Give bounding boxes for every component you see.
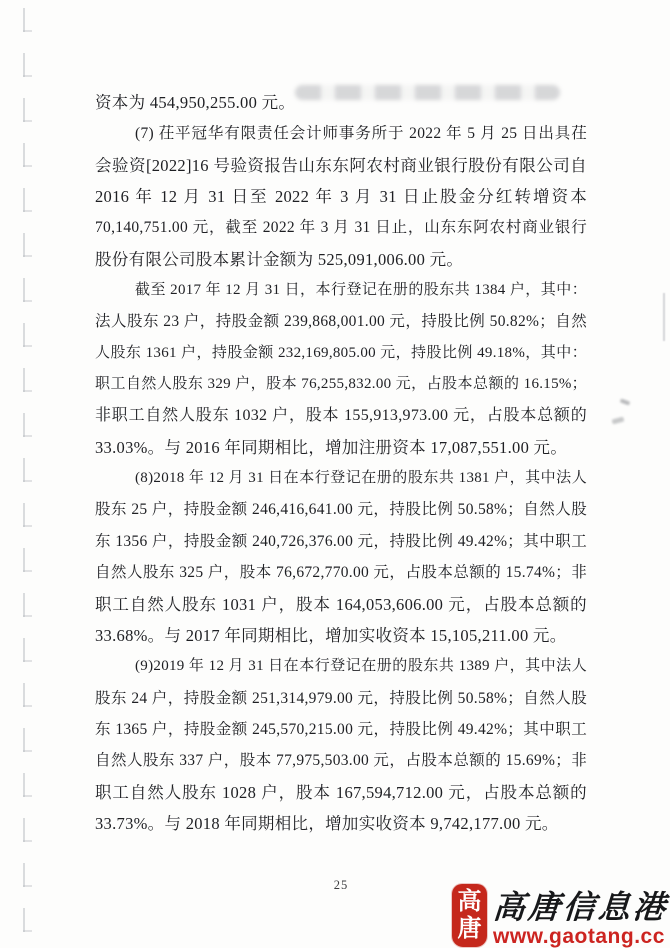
body-text-line: 法人股东 23 户，持股金额 239,868,001.00 元，持股比例 50.… bbox=[95, 306, 587, 337]
watermark-site-url: www.gaotang.cc bbox=[493, 926, 665, 947]
body-text-line: 33.73%。与 2018 年同期相比，增加实收资本 9,742,177.00 … bbox=[95, 808, 587, 839]
watermark-text-column: 高唐信息港 www.gaotang.cc bbox=[493, 891, 668, 947]
seal-char-bottom: 唐 bbox=[457, 916, 481, 943]
watermark-site-name: 高唐信息港 bbox=[492, 891, 669, 925]
body-text-line: 70,140,751.00 元，截至 2022 年 3 月 31 日止，山东东阿… bbox=[95, 212, 587, 243]
body-text-line: 职工自然人股东 329 户，股本 76,255,832.00 元，占股本总额的 … bbox=[95, 369, 587, 400]
body-text-line: 会验资[2022]16 号验资报告山东东阿农村商业银行股份有限公司自 bbox=[95, 150, 587, 181]
gaotang-seal-icon: 高 唐 bbox=[452, 884, 487, 947]
scan-artifact-speck bbox=[612, 417, 625, 425]
scan-artifact-line bbox=[663, 293, 665, 341]
body-text-line: (9)2019 年 12 月 31 日在本行登记在册的股东共 1389 户，其中… bbox=[95, 651, 587, 682]
scan-artifact-speck bbox=[620, 398, 631, 405]
body-text-line: 职工自然人股东 1028 户，股本 167,594,712.00 元，占股本总额… bbox=[95, 777, 587, 808]
body-text-line: 33.03%。与 2016 年同期相比，增加注册资本 17,087,551.00… bbox=[95, 432, 587, 463]
seal-char-top: 高 bbox=[457, 889, 481, 916]
body-text-line: 自然人股东 337 户，股本 77,975,503.00 元，占股本总额的 15… bbox=[95, 745, 587, 776]
body-text-line: 自然人股东 325 户，股本 76,672,770.00 元，占股本总额的 15… bbox=[95, 557, 587, 588]
gaotang-watermark: 高 唐 高唐信息港 www.gaotang.cc bbox=[452, 884, 668, 947]
scanned-document-page: 资本为 454,950,255.00 元。 (7) 茌平冠华有限责任会计师事务所… bbox=[0, 0, 670, 948]
body-text-line: 人股东 1361 户，持股金额 232,169,805.00 元，持股比例 49… bbox=[95, 338, 587, 369]
body-text-line: 职工自然人股东 1031 户，股本 164,053,606.00 元，占股本总额… bbox=[95, 589, 587, 620]
body-text-line: 截至 2017 年 12 月 31 日，本行登记在册的股东共 1384 户，其中… bbox=[95, 275, 587, 306]
body-text-line: 资本为 454,950,255.00 元。 bbox=[95, 87, 587, 118]
body-text-line: 东 1356 户，持股金额 240,726,376.00 元，持股比例 49.4… bbox=[95, 526, 587, 557]
binding-marks-ticks bbox=[23, 30, 32, 948]
document-body: 资本为 454,950,255.00 元。 (7) 茌平冠华有限责任会计师事务所… bbox=[95, 87, 587, 839]
body-text-line: (7) 茌平冠华有限责任会计师事务所于 2022 年 5 月 25 日出具茌冠 bbox=[95, 118, 587, 149]
body-text-line: 2016 年 12 月 31 日至 2022 年 3 月 31 日止股金分红转增… bbox=[95, 181, 587, 212]
body-text-line: 非职工自然人股东 1032 户，股本 155,913,973.00 元，占股本总… bbox=[95, 400, 587, 431]
body-text-line: 股东 24 户，持股金额 251,314,979.00 元，持股比例 50.58… bbox=[95, 683, 587, 714]
body-text-line: 股份有限公司股本累计金额为 525,091,006.00 元。 bbox=[95, 244, 587, 275]
body-text-line: 股东 25 户，持股金额 246,416,641.00 元，持股比例 50.58… bbox=[95, 494, 587, 525]
body-text-line: 东 1365 户，持股金额 245,570,215.00 元，持股比例 49.4… bbox=[95, 714, 587, 745]
body-text-line: 33.68%。与 2017 年同期相比，增加实收资本 15,105,211.00… bbox=[95, 620, 587, 651]
body-text-line: (8)2018 年 12 月 31 日在本行登记在册的股东共 1381 户，其中… bbox=[95, 463, 587, 494]
